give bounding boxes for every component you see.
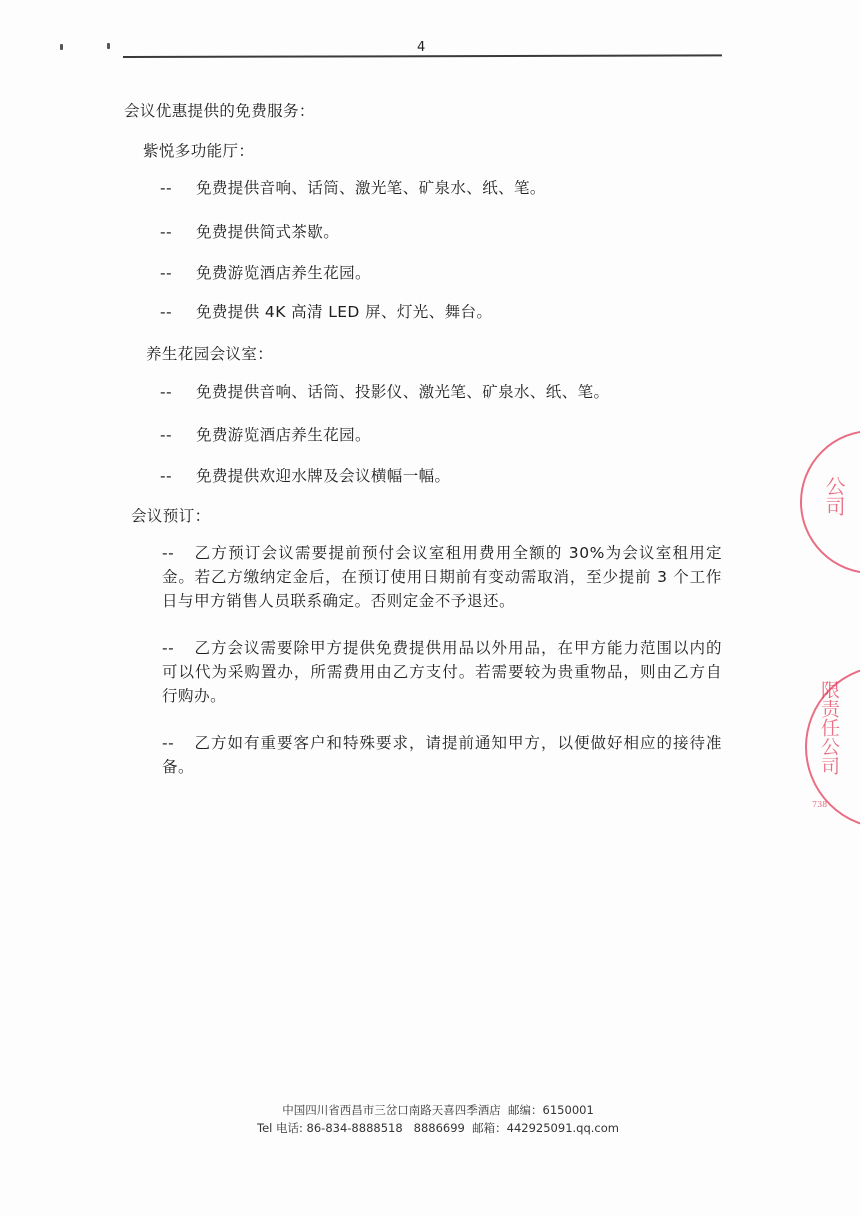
- dash-bullet: --: [160, 466, 196, 486]
- booking-clause: --乙方预订会议需要提前预付会议室租用费用全额的 30%为会议室租用定金。若乙方…: [162, 541, 722, 613]
- booking-clause: --乙方如有重要客户和特殊要求，请提前通知甲方，以便做好相应的接待准备。: [162, 731, 722, 779]
- dash-bullet: --: [160, 263, 196, 283]
- footer-contact-line: Tel 电话: 86-834-8888518 8886699 邮箱：442925…: [8, 1119, 860, 1137]
- list-item: --免费游览酒店养生花园。: [160, 263, 371, 283]
- dash-bullet: --: [162, 636, 194, 660]
- list-item: --免费游览酒店养生花园。: [160, 425, 371, 445]
- venue-title: 养生花园会议室：: [146, 344, 273, 364]
- section-heading-booking: 会议预订：: [131, 506, 211, 526]
- scan-mark: [60, 44, 63, 50]
- dash-bullet: --: [162, 541, 194, 565]
- dash-bullet: --: [160, 222, 196, 242]
- header-rule: [123, 54, 722, 57]
- seal-text: 公司: [820, 476, 849, 516]
- scan-mark: [107, 43, 110, 49]
- seal-text: 限责任公司: [816, 680, 843, 775]
- dash-bullet: --: [160, 302, 196, 322]
- list-item: --免费提供简式茶歇。: [160, 222, 339, 242]
- dash-bullet: --: [160, 425, 196, 445]
- list-item: --免费提供欢迎水牌及会议横幅一幅。: [160, 466, 450, 486]
- list-item: --免费提供音响、话筒、投影仪、激光笔、矿泉水、纸、笔。: [160, 382, 609, 402]
- seal-digits: 738: [812, 800, 827, 809]
- booking-clause: --乙方会议需要除甲方提供免费提供用品以外用品，在甲方能力范围以内的可以代为采购…: [162, 636, 722, 708]
- venue-title: 紫悦多功能厅：: [143, 141, 254, 161]
- dash-bullet: --: [162, 731, 194, 755]
- list-item: --免费提供音响、话筒、激光笔、矿泉水、纸、笔。: [160, 178, 546, 198]
- list-item: --免费提供 4K 高清 LED 屏、灯光、舞台。: [160, 302, 492, 322]
- page-number: 4: [417, 40, 425, 55]
- section-heading-free-services: 会议优惠提供的免费服务：: [124, 101, 315, 121]
- dash-bullet: --: [160, 382, 196, 402]
- footer-address-line: 中国四川省西昌市三岔口南路天喜四季酒店 邮编：6150001: [8, 1101, 860, 1119]
- document-page: 4 会议优惠提供的免费服务： 紫悦多功能厅： --免费提供音响、话筒、激光笔、矿…: [0, 0, 860, 1216]
- dash-bullet: --: [160, 178, 196, 198]
